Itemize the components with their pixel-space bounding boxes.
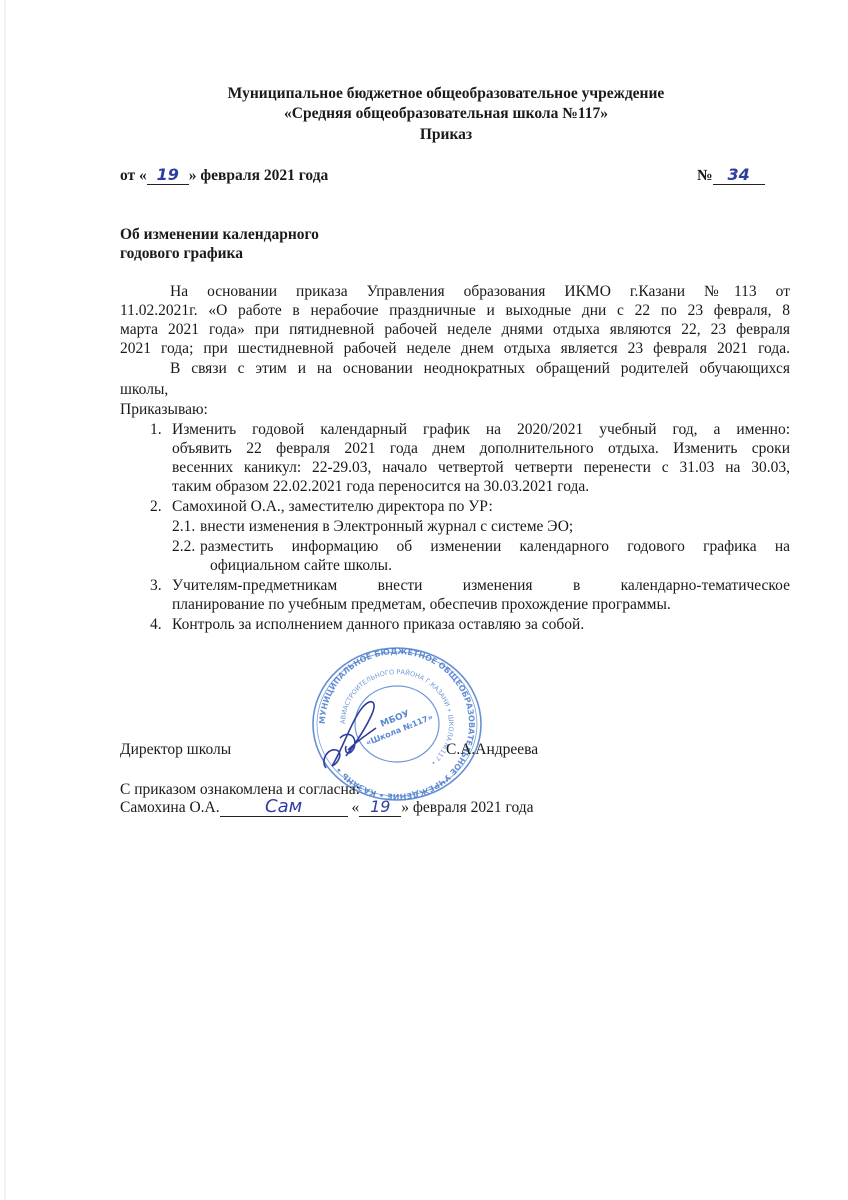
acknowledgement-text: С приказом ознакомлена и согласна: — [120, 780, 360, 799]
subject-line-2: годового графика — [120, 244, 243, 263]
order-number-field: 34 — [713, 167, 765, 185]
subitem-2-2-line: разместить информацию об изменении кален… — [200, 537, 790, 556]
item-number: 2. — [150, 497, 162, 516]
subitem-2-1-line: внести изменения в Электронный журнал с … — [200, 517, 573, 536]
item-3-line: Учителям-предметникам внести изменения в… — [172, 576, 790, 595]
order-number: №34 — [697, 166, 765, 185]
director-signature-icon — [318, 690, 388, 772]
ack-day-field: 19 — [359, 799, 401, 817]
subject-line-1: Об изменении календарного — [120, 225, 319, 244]
scan-edge — [4, 0, 6, 1200]
item-1-line: таким образом 22.02.2021 года переноситс… — [172, 477, 589, 496]
item-number: 4. — [150, 615, 162, 634]
item-1-line: весенних каникул: 22-29.03, начало четве… — [172, 458, 790, 477]
body-paragraph-1-line: На основании приказа Управления образова… — [170, 282, 790, 301]
order-date: от «19» февраля 2021 года — [120, 166, 328, 185]
employee-signature-field: Сам — [220, 799, 348, 817]
body-paragraph-2-line: В связи с этим и на основании неоднократ… — [170, 359, 790, 378]
body-paragraph-1-line: марта 2021 года» при пятидневной рабочей… — [120, 320, 790, 339]
item-1-line: Изменить годовой календарный график на 2… — [172, 420, 790, 439]
order-word: Приказываю: — [120, 400, 208, 419]
acknowledgement-line: Самохина О.А.Сам «19» февраля 2021 года — [120, 798, 534, 817]
item-4-line: Контроль за исполнением данного приказа … — [172, 615, 584, 634]
body-paragraph-1-line: 2021 года; при шестидневной рабочей неде… — [120, 339, 790, 358]
subitem-number: 2.1. — [172, 517, 195, 536]
subitem-2-2-line: официальном сайте школы. — [210, 556, 392, 575]
school-name: «Средняя общеобразовательная школа №117» — [22, 104, 848, 123]
director-title: Директор школы — [120, 740, 231, 759]
document-page: Муниципальное бюджетное общеобразователь… — [0, 0, 848, 1200]
institution-name: Муниципальное бюджетное общеобразователь… — [22, 84, 848, 103]
item-number: 1. — [150, 420, 162, 439]
director-name: С.А.Андреева — [446, 740, 538, 759]
subitem-number: 2.2. — [172, 537, 195, 556]
item-number: 3. — [150, 576, 162, 595]
item-1-line: объявить 22 февраля 2021 года днем допол… — [172, 439, 790, 458]
body-paragraph-2-line: школы, — [120, 380, 168, 399]
date-day-field: 19 — [147, 167, 189, 185]
item-3-line: планирование по учебным предметам, обесп… — [172, 595, 671, 614]
document-type: Приказ — [22, 125, 848, 144]
body-paragraph-1-line: 11.02.2021г. «О работе в нерабочие празд… — [120, 301, 790, 320]
item-2-line: Самохиной О.А., заместителю директора по… — [172, 497, 493, 516]
